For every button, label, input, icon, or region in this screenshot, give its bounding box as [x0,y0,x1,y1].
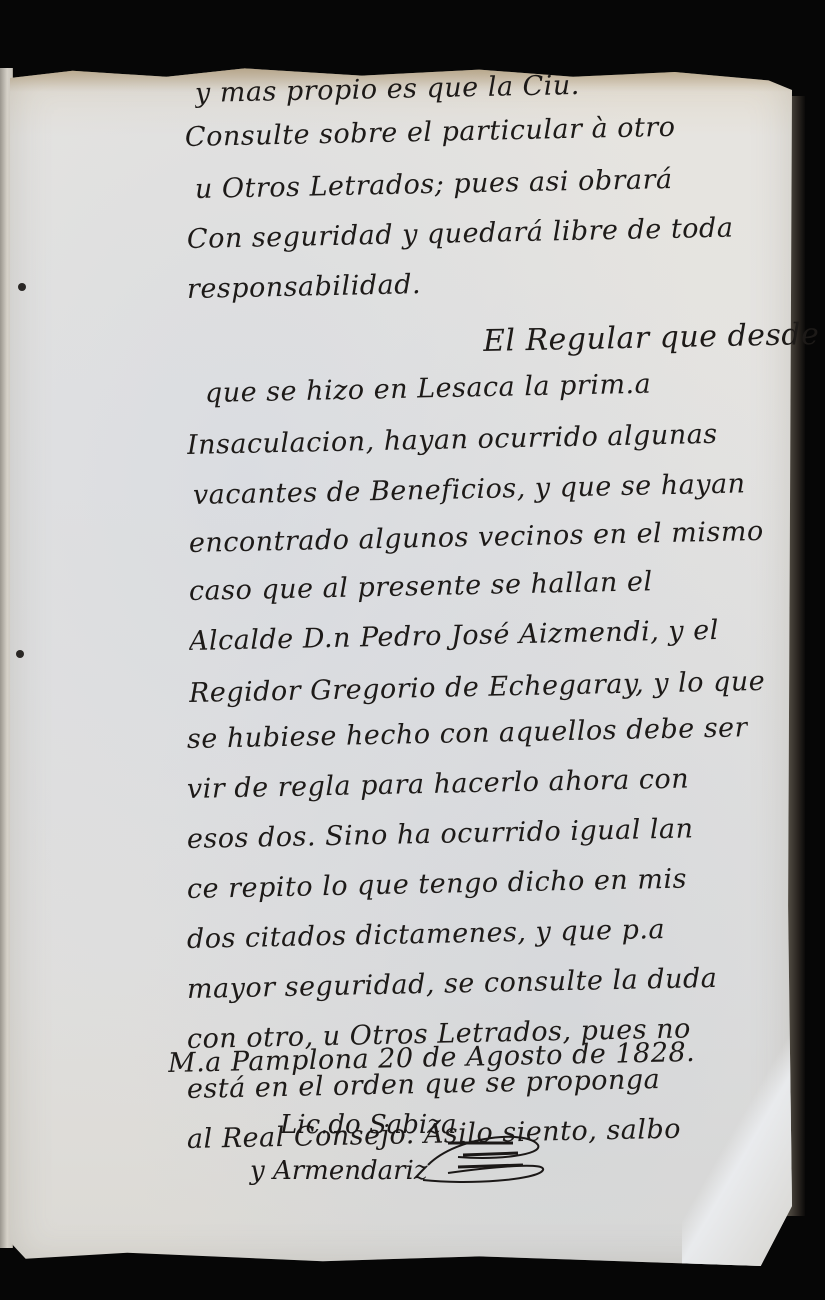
binding-string-icon [16,650,24,658]
curled-corner [682,1026,792,1266]
signature-line-2: y Armendariz [250,1156,428,1186]
scan-background: y mas propio es que la Ciu. Consulte sob… [0,0,825,1300]
signature-rubric-icon [418,1125,548,1195]
signature-block: Lic.do Sabiza y Armendariz [250,1090,610,1220]
text-line: responsabilidad. [187,269,422,305]
binding-string-icon [18,283,26,291]
text-line: El Regular que desde [483,317,820,359]
